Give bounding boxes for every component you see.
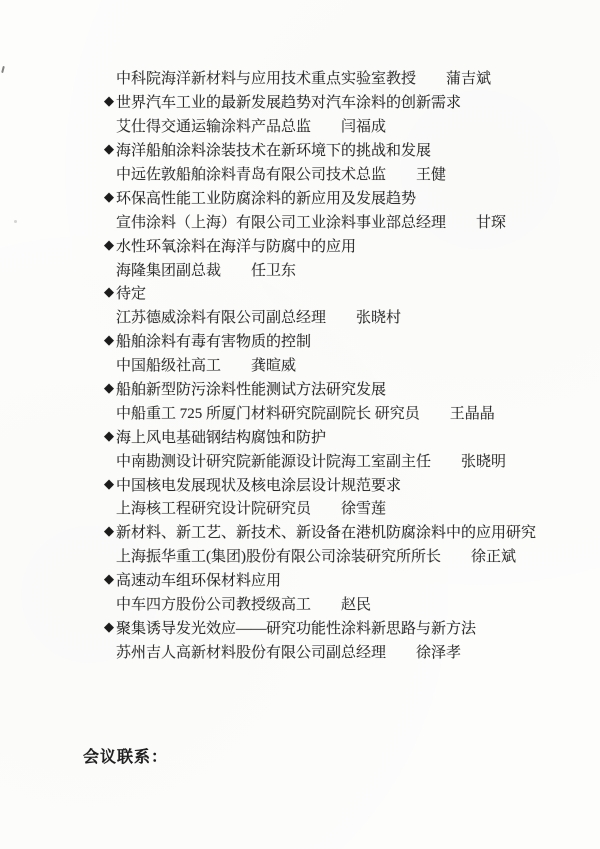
bullet-diamond-icon: ◆ (104, 477, 114, 492)
contact-heading: 会议联系： (83, 744, 168, 767)
bullet-diamond-icon: ◆ (104, 238, 114, 253)
agenda-line-text: 上海振华重工(集团)股份有限公司涂装研究所所长 徐正斌 (116, 545, 516, 566)
agenda-topic-line: ◆高速动车组环保材料应用 (0, 568, 600, 592)
agenda-speaker-line: 苏州吉人高新材料股份有限公司副总经理 徐泽孝 (0, 639, 600, 663)
agenda-line-text: 中远佐敦船舶涂料青岛有限公司技术总监 王健 (116, 163, 446, 184)
agenda-line-text: 苏州吉人高新材料股份有限公司副总经理 徐泽孝 (116, 641, 461, 662)
agenda-line-text: 高速动车组环保材料应用 (116, 569, 281, 590)
agenda-line-text: 新材料、新工艺、新技术、新设备在港机防腐涂料中的应用研究 (116, 521, 536, 542)
bullet-diamond-icon: ◆ (104, 142, 114, 157)
agenda-speaker-line: 中车四方股份公司教授级高工 赵民 (0, 592, 600, 616)
agenda-speaker-line: 海隆集团副总裁 任卫东 (0, 257, 600, 281)
agenda-line-text: 船舶新型防污涂料性能测试方法研究发展 (116, 378, 386, 399)
bullet-diamond-icon: ◆ (104, 524, 114, 539)
agenda-speaker-line: 中船重工 725 所厦门材料研究院副院长 研究员 王晶晶 (0, 400, 600, 424)
agenda-speaker-line: 上海核工程研究设计院研究员 徐雪莲 (0, 496, 600, 520)
agenda-topic-line: ◆船舶新型防污涂料性能测试方法研究发展 (0, 377, 600, 401)
agenda-line-text: 中船重工 725 所厦门材料研究院副院长 研究员 王晶晶 (116, 402, 495, 423)
agenda-line-text: 上海核工程研究设计院研究员 徐雪莲 (116, 497, 386, 518)
agenda-speaker-line: 艾仕得交通运输涂料产品总监 闫福成 (0, 114, 600, 138)
agenda-speaker-line: 上海振华重工(集团)股份有限公司涂装研究所所长 徐正斌 (0, 544, 600, 568)
agenda-line-text: 水性环氧涂料在海洋与防腐中的应用 (116, 235, 356, 256)
agenda-speaker-line: 中南勘测设计研究院新能源设计院海工室副主任 张晓明 (0, 448, 600, 472)
document-page: 中科院海洋新材料与应用技术重点实验室教授 蒲吉斌◆世界汽车工业的最新发展趋势对汽… (0, 0, 600, 849)
bullet-diamond-icon: ◆ (104, 381, 114, 396)
agenda-line-text: 海上风电基础钢结构腐蚀和防护 (116, 426, 326, 447)
agenda-speaker-line: 江苏德威涂料有限公司副总经理 张晓村 (0, 305, 600, 329)
bullet-diamond-icon: ◆ (104, 572, 114, 587)
agenda-topic-line: ◆世界汽车工业的最新发展趋势对汽车涂料的创新需求 (0, 90, 600, 114)
agenda-line-text: 中国核电发展现状及核电涂层设计规范要求 (116, 474, 401, 495)
agenda-line-text: 待定 (116, 282, 146, 303)
agenda-line-text: 环保高性能工业防腐涂料的新应用及发展趋势 (116, 187, 416, 208)
agenda-line-text: 船舶涂料有毒有害物质的控制 (116, 330, 311, 351)
agenda-line-text: 世界汽车工业的最新发展趋势对汽车涂料的创新需求 (116, 91, 461, 112)
bullet-diamond-icon: ◆ (104, 333, 114, 348)
agenda-topic-line: ◆船舶涂料有毒有害物质的控制 (0, 329, 600, 353)
bullet-diamond-icon: ◆ (104, 285, 114, 300)
agenda-topic-line: ◆聚集诱导发光效应——研究功能性涂料新思路与新方法 (0, 615, 600, 639)
agenda-speaker-line: 中远佐敦船舶涂料青岛有限公司技术总监 王健 (0, 162, 600, 186)
agenda-topic-line: ◆中国核电发展现状及核电涂层设计规范要求 (0, 472, 600, 496)
agenda-line-text: 中车四方股份公司教授级高工 赵民 (116, 593, 371, 614)
agenda-speaker-line: 中科院海洋新材料与应用技术重点实验室教授 蒲吉斌 (0, 66, 600, 90)
agenda-speaker-line: 宣伟涂料（上海）有限公司工业涂料事业部总经理 甘琛 (0, 209, 600, 233)
bullet-diamond-icon: ◆ (104, 620, 114, 635)
agenda-line-text: 江苏德威涂料有限公司副总经理 张晓村 (116, 306, 401, 327)
agenda-topic-line: ◆水性环氧涂料在海洋与防腐中的应用 (0, 233, 600, 257)
agenda-topic-line: ◆待定 (0, 281, 600, 305)
agenda-line-text: 艾仕得交通运输涂料产品总监 闫福成 (116, 115, 386, 136)
agenda-line-text: 宣伟涂料（上海）有限公司工业涂料事业部总经理 甘琛 (116, 211, 506, 232)
agenda-line-text: 海隆集团副总裁 任卫东 (116, 259, 296, 280)
agenda-list: 中科院海洋新材料与应用技术重点实验室教授 蒲吉斌◆世界汽车工业的最新发展趋势对汽… (0, 66, 600, 663)
agenda-topic-line: ◆海洋船舶涂料涂装技术在新环境下的挑战和发展 (0, 138, 600, 162)
agenda-line-text: 中南勘测设计研究院新能源设计院海工室副主任 张晓明 (116, 450, 506, 471)
bullet-diamond-icon: ◆ (104, 94, 114, 109)
agenda-topic-line: ◆新材料、新工艺、新技术、新设备在港机防腐涂料中的应用研究 (0, 520, 600, 544)
agenda-line-text: 中国船级社高工 龚暄威 (116, 354, 296, 375)
bullet-diamond-icon: ◆ (104, 429, 114, 444)
agenda-line-text: 海洋船舶涂料涂装技术在新环境下的挑战和发展 (116, 139, 431, 160)
agenda-speaker-line: 中国船级社高工 龚暄威 (0, 353, 600, 377)
agenda-topic-line: ◆环保高性能工业防腐涂料的新应用及发展趋势 (0, 185, 600, 209)
bullet-diamond-icon: ◆ (104, 190, 114, 205)
agenda-topic-line: ◆海上风电基础钢结构腐蚀和防护 (0, 424, 600, 448)
agenda-line-text: 聚集诱导发光效应——研究功能性涂料新思路与新方法 (116, 617, 476, 638)
agenda-line-text: 中科院海洋新材料与应用技术重点实验室教授 蒲吉斌 (116, 67, 491, 88)
